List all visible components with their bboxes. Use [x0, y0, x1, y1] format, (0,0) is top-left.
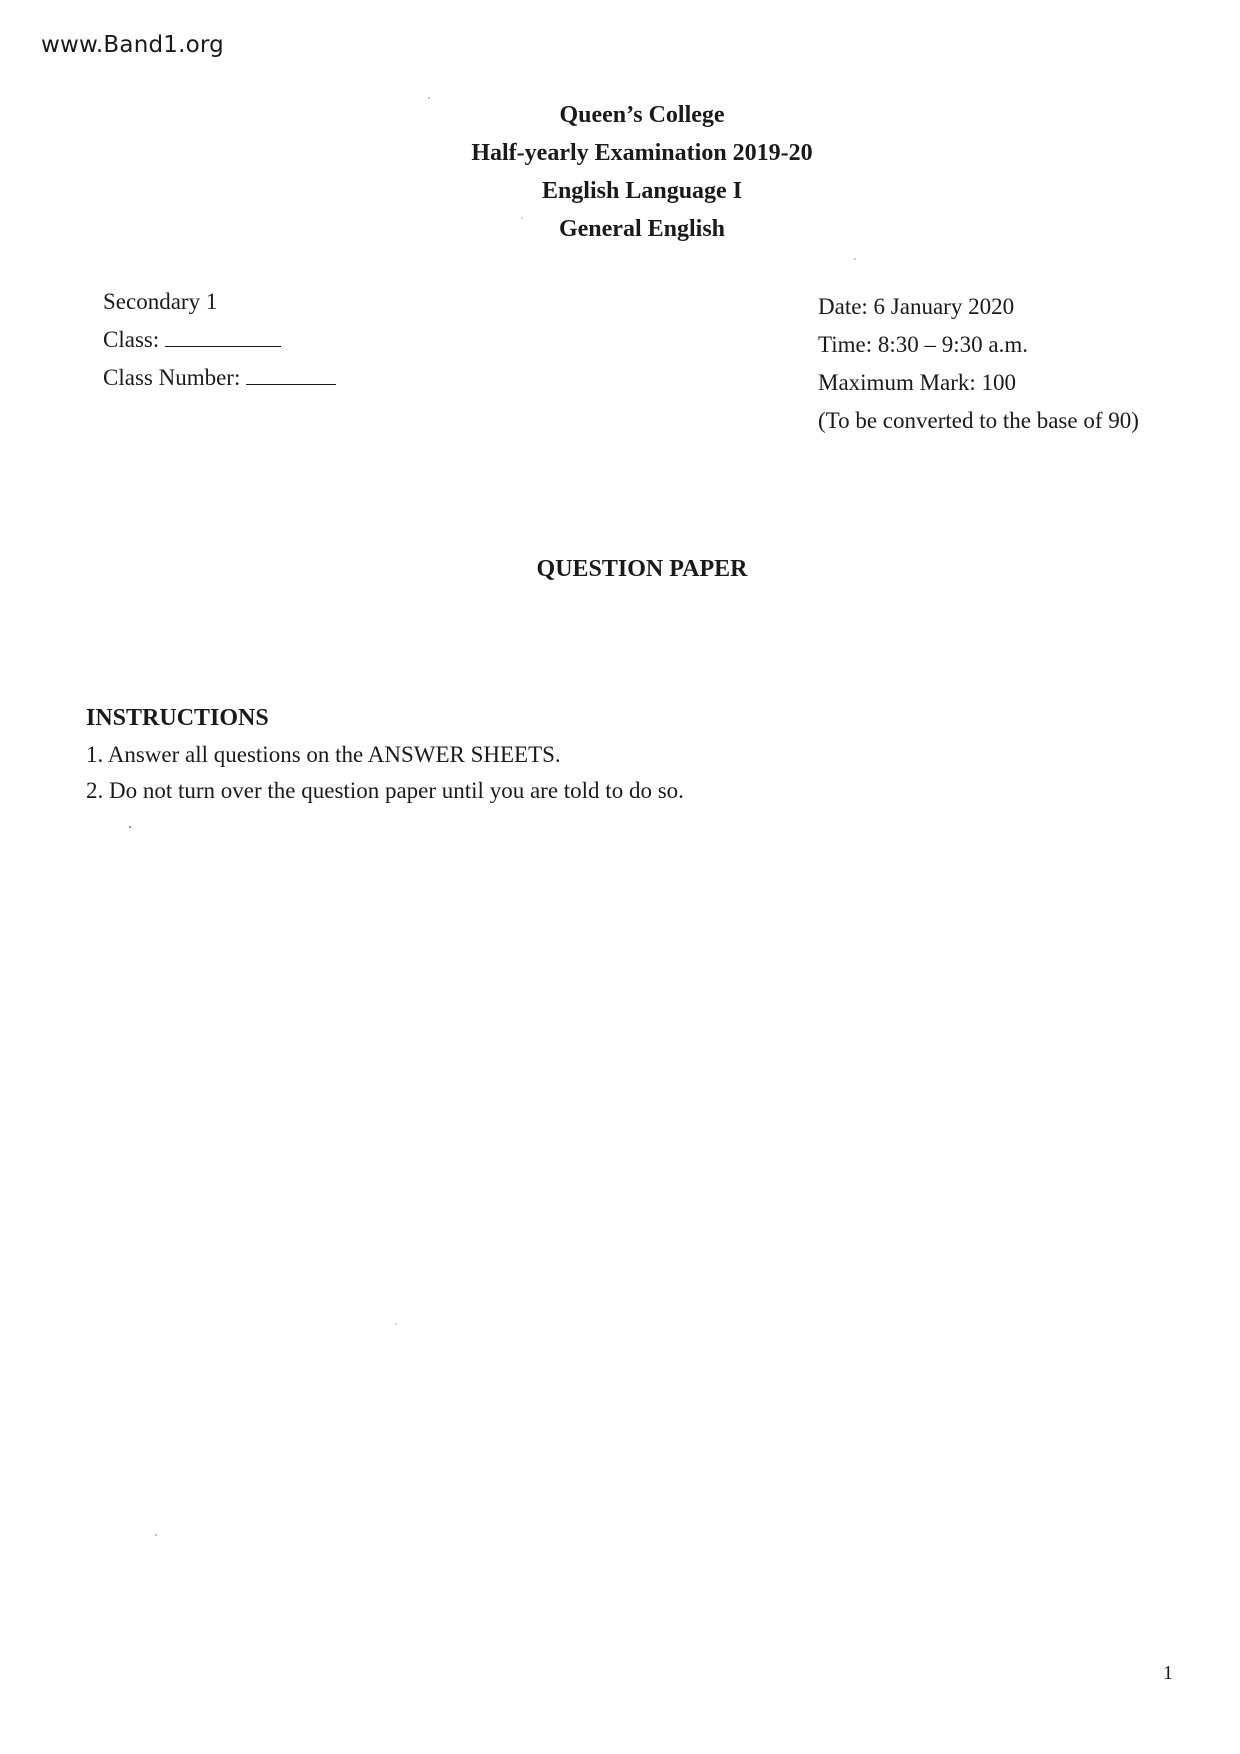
- class-blank-line[interactable]: [165, 328, 281, 347]
- class-number-field: Class Number:: [103, 359, 336, 397]
- instruction-item: 1. Answer all questions on the ANSWER SH…: [86, 736, 684, 774]
- class-field: Class:: [103, 321, 336, 359]
- class-label: Class:: [103, 327, 159, 352]
- class-number-label: Class Number:: [103, 365, 240, 390]
- instructions-heading: INSTRUCTIONS: [86, 700, 684, 736]
- level-label: Secondary 1: [103, 283, 336, 321]
- student-info: Secondary 1 Class: Class Number:: [103, 283, 336, 397]
- conversion-note: (To be converted to the base of 90): [818, 402, 1139, 440]
- exam-info: Date: 6 January 2020 Time: 8:30 – 9:30 a…: [818, 288, 1139, 440]
- school-name: Queen’s College: [0, 96, 1240, 134]
- scan-speck: [129, 826, 131, 828]
- instructions-list: 1. Answer all questions on the ANSWER SH…: [86, 736, 684, 810]
- scan-speck: [155, 1534, 157, 1536]
- exam-header: Queen’s College Half-yearly Examination …: [0, 96, 1240, 248]
- watermark-url: www.Band1.org: [41, 32, 224, 58]
- max-mark: Maximum Mark: 100: [818, 364, 1139, 402]
- page-number: 1: [1163, 1662, 1173, 1685]
- exam-date: Date: 6 January 2020: [818, 288, 1139, 326]
- instruction-item: 2. Do not turn over the question paper u…: [86, 772, 684, 810]
- exam-title: Half-yearly Examination 2019-20: [0, 134, 1240, 172]
- scan-speck: [395, 1323, 397, 1325]
- subject-title: English Language I: [0, 172, 1240, 210]
- exam-time: Time: 8:30 – 9:30 a.m.: [818, 326, 1139, 364]
- instructions-section: INSTRUCTIONS 1. Answer all questions on …: [86, 700, 684, 810]
- scan-speck: [428, 97, 430, 99]
- scan-speck: [521, 217, 523, 219]
- class-number-blank-line[interactable]: [246, 366, 336, 385]
- scan-speck: [854, 258, 856, 260]
- paper-name: General English: [0, 210, 1240, 248]
- paper-title: QUESTION PAPER: [0, 556, 1240, 583]
